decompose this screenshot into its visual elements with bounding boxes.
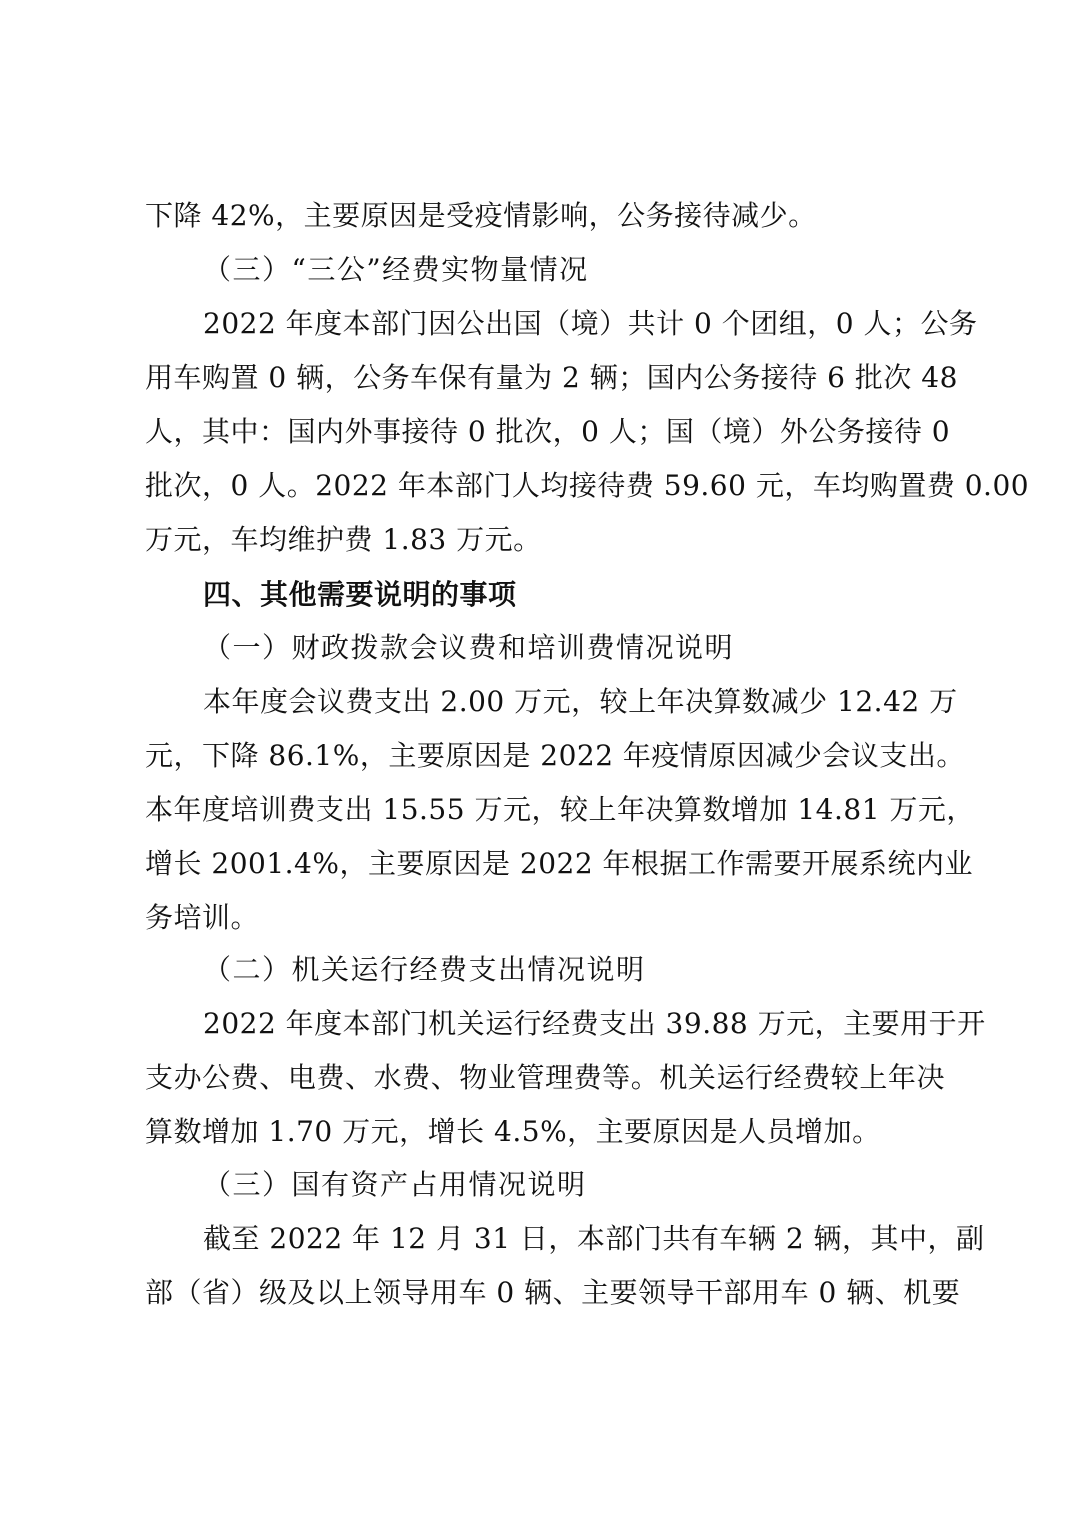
paragraph-line: 元，下降 86.1%，主要原因是 2022 年疫情原因减少会议支出。 — [145, 736, 945, 776]
paragraph-line: 截至 2022 年 12 月 31 日，本部门共有车辆 2 辆，其中，副 — [203, 1219, 945, 1259]
paragraph-line: 下降 42%，主要原因是受疫情影响，公务接待减少。 — [145, 196, 945, 236]
paragraph-line: 批次，0 人。2022 年本部门人均接待费 59.60 元，车均购置费 0.00 — [145, 466, 945, 506]
section-subheading: （三）国有资产占用情况说明 — [203, 1165, 945, 1205]
section-subheading: （二）机关运行经费支出情况说明 — [203, 950, 945, 990]
paragraph-line: 部（省）级及以上领导用车 0 辆、主要领导干部用车 0 辆、机要 — [145, 1273, 945, 1313]
paragraph-line: 本年度培训费支出 15.55 万元，较上年决算数增加 14.81 万元， — [145, 790, 945, 830]
paragraph-line: 本年度会议费支出 2.00 万元，较上年决算数减少 12.42 万 — [203, 682, 945, 722]
paragraph-line: 算数增加 1.70 万元，增长 4.5%，主要原因是人员增加。 — [145, 1112, 945, 1152]
paragraph-line: 人，其中：国内外事接待 0 批次，0 人；国（境）外公务接待 0 — [145, 412, 945, 452]
paragraph-line: 2022 年度本部门机关运行经费支出 39.88 万元，主要用于开 — [203, 1004, 945, 1044]
section-subheading: （三）“三公”经费实物量情况 — [203, 250, 945, 290]
paragraph-line: 务培训。 — [145, 898, 945, 938]
paragraph-line: 支办公费、电费、水费、物业管理费等。机关运行经费较上年决 — [145, 1058, 945, 1098]
paragraph-line: 2022 年度本部门因公出国（境）共计 0 个团组，0 人；公务 — [203, 304, 945, 344]
paragraph-line: 万元，车均维护费 1.83 万元。 — [145, 520, 945, 560]
paragraph-line: 用车购置 0 辆，公务车保有量为 2 辆；国内公务接待 6 批次 48 — [145, 358, 945, 398]
paragraph-line: 增长 2001.4%，主要原因是 2022 年根据工作需要开展系统内业 — [145, 844, 945, 884]
section-subheading: （一）财政拨款会议费和培训费情况说明 — [203, 628, 945, 668]
section-heading: 四、其他需要说明的事项 — [203, 575, 945, 615]
